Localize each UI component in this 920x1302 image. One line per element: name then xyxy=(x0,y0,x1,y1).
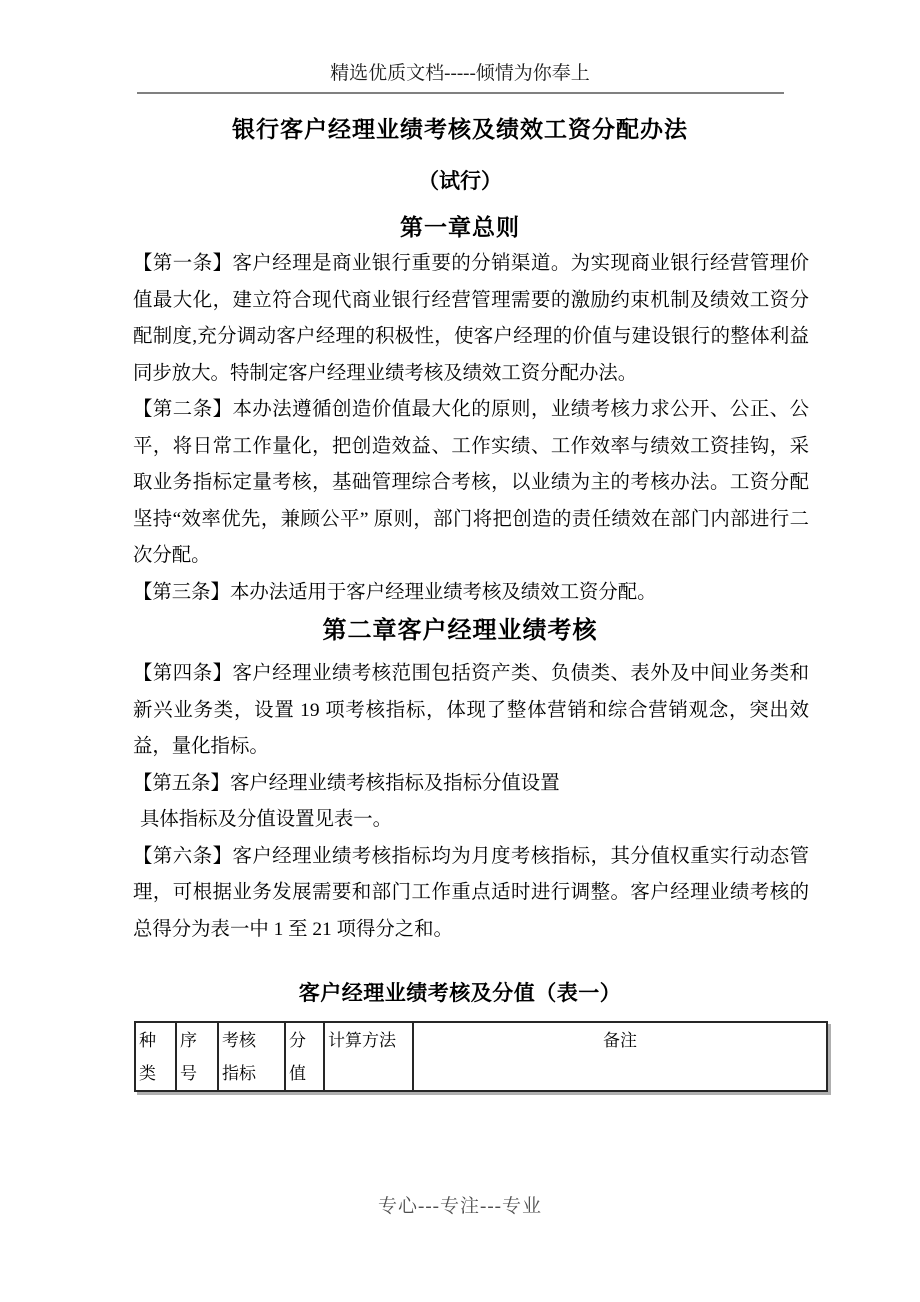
col-header-score-value: 分值 xyxy=(285,1022,324,1091)
table-header-row: 种 类 序 号 考核 指标 分值 计算方法 备注 xyxy=(135,1022,827,1091)
doc-subtitle: （试行） xyxy=(0,168,920,194)
table-caption: 客户经理业绩考核及分值（表一） xyxy=(0,979,920,1007)
article-4: 【第四条】客户经理业绩考核范围包括资产类、负债类、表外及中间业务类和新兴业务类，… xyxy=(133,656,809,766)
article-5: 【第五条】客户经理业绩考核指标及指标分值设置 xyxy=(133,766,809,803)
article-5-note: 具体指标及分值设置见表一。 xyxy=(133,802,809,839)
body-block-2: 【第四条】客户经理业绩考核范围包括资产类、负债类、表外及中间业务类和新兴业务类，… xyxy=(133,656,809,948)
col-header-serial-number: 序 号 xyxy=(176,1022,218,1091)
body-block: 【第一条】客户经理是商业银行重要的分销渠道。为实现商业银行经营管理价值最大化，建… xyxy=(133,246,809,611)
assessment-score-table: 种 类 序 号 考核 指标 分值 计算方法 备注 xyxy=(134,1021,828,1092)
article-3: 【第三条】本办法适用于客户经理业绩考核及绩效工资分配。 xyxy=(133,575,809,612)
article-2: 【第二条】本办法遵循创造价值最大化的原则，业绩考核力求公开、公正、公平，将日常工… xyxy=(133,392,809,575)
doc-footer: 专心---专注---专业 xyxy=(0,1195,920,1219)
doc-title: 银行客户经理业绩考核及绩效工资分配办法 xyxy=(0,116,920,144)
article-6: 【第六条】客户经理业绩考核指标均为月度考核指标，其分值权重实行动态管理，可根据业… xyxy=(133,839,809,949)
col-header-category: 种 类 xyxy=(135,1022,176,1091)
doc-header: 精选优质文档-----倾情为你奉上 xyxy=(137,62,784,94)
col-header-calculation-method: 计算方法 xyxy=(324,1022,413,1091)
col-header-remarks: 备注 xyxy=(413,1022,827,1091)
chapter-2-heading: 第二章客户经理业绩考核 xyxy=(0,616,920,646)
article-1: 【第一条】客户经理是商业银行重要的分销渠道。为实现商业银行经营管理价值最大化，建… xyxy=(133,246,809,392)
doc-header-text: 精选优质文档-----倾情为你奉上 xyxy=(330,63,590,84)
chapter-1-heading: 第一章总则 xyxy=(0,214,920,242)
document-page: 精选优质文档-----倾情为你奉上 银行客户经理业绩考核及绩效工资分配办法 （试… xyxy=(0,0,920,1302)
col-header-assessment-indicator: 考核 指标 xyxy=(218,1022,285,1091)
